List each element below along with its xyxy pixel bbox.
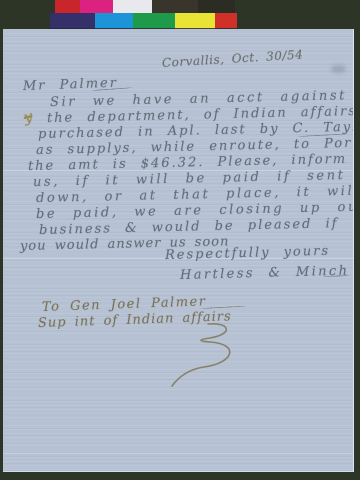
color-chip-red [55, 0, 80, 13]
letter-paper: Corvallis, Oct. 30/54 Mr Palmer y Sir we… [3, 29, 354, 472]
color-chip-green [133, 13, 175, 29]
color-chip-blue [50, 13, 95, 29]
strikeout-correction: y [22, 107, 35, 127]
scanned-letter-image: Corvallis, Oct. 30/54 Mr Palmer y Sir we… [0, 0, 360, 480]
color-chip-cyan [95, 13, 133, 29]
dateline: Corvallis, Oct. 30/54 [162, 47, 304, 70]
color-chip-white [113, 0, 152, 13]
pen-flourish [168, 321, 248, 389]
signature: Hartless & Minch [180, 264, 350, 283]
closing: Respectfully yours [165, 244, 330, 263]
color-chip-black [198, 0, 235, 13]
color-chip-dark-gray [152, 0, 198, 13]
color-chip-magenta [80, 0, 113, 13]
color-chip-yellow [175, 13, 215, 29]
color-chip-red-2 [215, 13, 237, 29]
ink-smudge [331, 65, 346, 73]
fold-crease [3, 453, 353, 455]
salutation: Mr Palmer [23, 76, 118, 94]
